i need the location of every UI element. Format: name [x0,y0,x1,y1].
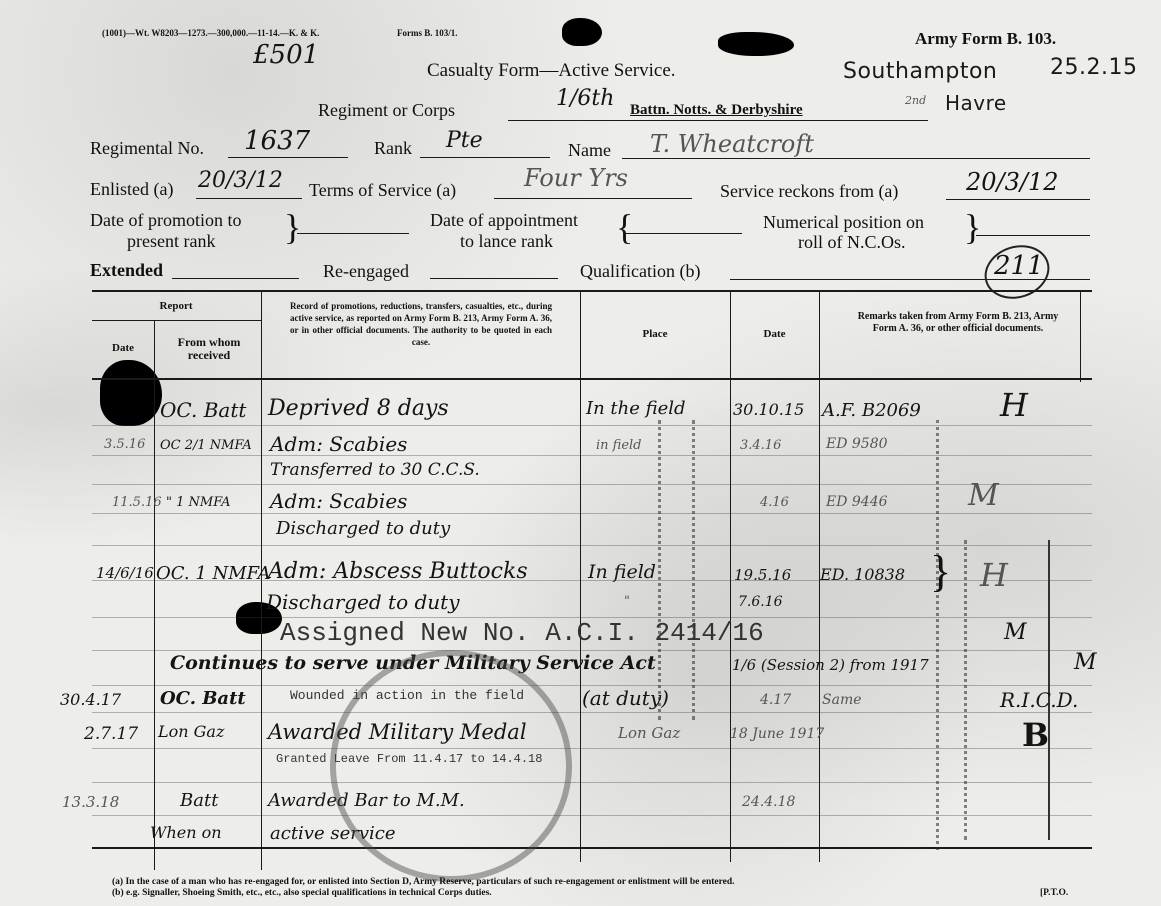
row-date2: 1/6 (Session 2) from 1917 [732,656,929,674]
row-rule [92,782,1092,783]
enlisted-label: Enlisted (a) [90,179,173,200]
document-page: (1001)—Wt. W8203—1273.—300,000.—11-14.—K… [0,0,1161,906]
footnote-b: (b) e.g. Signaller, Shoeing Smith, etc.,… [112,888,492,898]
reckons-value: 20/3/12 [966,168,1059,196]
regimental-no-underline [228,157,348,158]
brace-icon: } [930,550,951,594]
regimental-no-label: Regimental No. [90,138,204,159]
faint-circular-stamp [330,650,572,882]
row-from: OC. 1 NMFA [156,563,271,584]
row-date: 11.5.16 [112,495,162,510]
row-initial: M [1004,620,1027,645]
appointment-underline [626,233,742,234]
row-from: Batt [180,790,218,811]
row-date2: 24.4.18 [742,794,795,810]
row-remarks: Same [822,692,862,708]
regiment-overwrite: 2nd [905,94,926,107]
circled-number: 211 [994,251,1044,281]
col-divider [730,292,731,862]
row-date2: 19.5.16 [734,566,791,584]
reckons-label: Service reckons from (a) [720,181,898,202]
row-from: " 1 NMFA [166,495,230,510]
army-form-label: Army Form B. 103. [915,29,1056,49]
ink-blot [718,32,794,56]
name-underline [622,158,1090,159]
row-record: Discharged to duty [276,518,450,539]
header-report: Report [92,300,260,312]
row-record-stamp: Assigned New No. A.C.I. 2414/16 [280,618,764,648]
enlisted-value: 20/3/12 [198,168,283,193]
row-date: 3.5.16 [104,437,145,452]
header-place: Place [580,328,730,340]
name-label: Name [568,140,611,161]
extended-underline [172,278,299,279]
brace-icon: } [284,209,301,245]
row-date: 2.7.17 [84,724,138,744]
regimental-no-value: 1637 [244,126,310,156]
header-from-whom: From whom received [162,336,256,362]
enlisted-underline [196,198,302,199]
name-value: T. Wheatcroft [650,130,814,158]
row-rule [92,484,1092,485]
row-place: Lon Gaz [618,724,680,742]
row-place: (at duty) [582,686,669,710]
row-initial: H [1000,386,1028,424]
numerical-label-2: roll of N.C.Os. [798,232,906,253]
rank-label: Rank [374,138,412,159]
row-place: In the field [586,398,686,419]
report-subheader-divider [92,320,262,321]
promotion-label-2: present rank [127,231,215,252]
row-rule [92,650,1092,651]
numerical-label-1: Numerical position on [763,212,924,233]
row-remarks: ED 9446 [826,494,888,510]
qualification-label: Qualification (b) [580,261,700,282]
rank-underline [420,157,550,158]
row-initial: M [968,478,999,513]
reengaged-label: Re-engaged [323,261,409,282]
appointment-label-1: Date of appointment [430,210,578,231]
regiment-stamp: Battn. Notts. & Derbyshire [630,102,803,119]
footnote-a: (a) In the case of a man who has re-enga… [112,877,735,887]
terms-value: Four Yrs [524,164,628,192]
row-from: When on [150,823,222,842]
row-record: Adm: Scabies [270,432,407,456]
row-record: Discharged to duty [266,590,460,614]
terms-underline [494,198,692,199]
row-date: 14/6/16 [96,564,154,582]
table-header-bottom-border [92,378,1092,380]
brace-icon: } [964,209,981,245]
row-from: Lon Gaz [158,722,224,741]
table-bottom-border [92,847,1092,849]
print-code: (1001)—Wt. W8203—1273.—300,000.—11-14.—K… [102,28,319,38]
row-place: in field [596,438,642,453]
row-initial: R.I.C.D. [1000,688,1078,712]
stamp-date: 25.2.15 [1050,55,1137,80]
row-date2: 4.16 [760,495,789,510]
row-from: OC. Batt [160,398,246,422]
promotion-label-1: Date of promotion to [90,210,241,231]
rank-value: Pte [446,128,483,153]
ink-blot [562,18,602,46]
forms-reference: Forms B. 103/1. [397,28,458,38]
row-date2: 30.10.15 [733,400,804,419]
row-date2: 3.4.16 [740,438,781,453]
col-divider [580,292,581,862]
row-date: 30.4.17 [60,690,121,709]
row-record: Adm: Abscess Buttocks [268,559,528,584]
row-date: 13.3.18 [62,793,119,811]
appointment-label-2: to lance rank [460,231,553,252]
header-date-2: Date [730,328,819,340]
table-top-border [92,290,1092,292]
row-record: Deprived 8 days [268,396,449,421]
stamp-havre: Havre [945,91,1007,115]
regiment-hand: 1/6th [556,86,614,111]
row-rule [92,712,1092,713]
row-record: Transferred to 30 C.C.S. [270,460,480,480]
handwritten-number: £501 [253,40,319,70]
stamp-southampton: Southampton [843,59,997,84]
terms-label: Terms of Service (a) [309,180,456,201]
reckons-underline [946,199,1090,200]
row-initial: M [1074,650,1097,675]
promotion-underline [297,233,409,234]
row-record: Adm: Scabies [270,489,407,513]
row-remarks: ED. 10838 [820,565,905,584]
col-divider [154,320,155,870]
row-remarks: ED 9580 [826,436,888,452]
row-date2: 7.6.16 [738,594,783,610]
col-divider [1080,292,1081,382]
stain [692,420,695,720]
header-record: Record of promotions, reductions, transf… [290,300,552,348]
stain [658,420,661,720]
row-date2: 4.17 [760,692,791,708]
row-from: OC. Batt [160,688,246,709]
regiment-underline [508,120,928,121]
extended-label: Extended [90,260,163,281]
row-rule [92,815,1092,816]
stain [964,540,967,840]
row-place: " [624,594,630,609]
row-rule [92,425,1092,426]
row-rule [92,748,1092,749]
ink-blot [100,360,162,426]
numerical-underline [976,235,1090,236]
row-remarks: A.F. B2069 [822,400,921,421]
row-date2: 18 June 1917 [730,726,824,742]
pto-label: [P.T.O. [1040,888,1068,898]
regiment-label: Regiment or Corps [318,100,455,121]
row-initial: B [1022,716,1049,754]
brace-icon: { [616,209,633,245]
row-place: In field [588,561,656,583]
row-rule [92,545,1092,546]
row-rule [92,513,1092,514]
row-from: OC 2/1 NMFA [160,438,252,453]
row-rule [92,455,1092,456]
header-remarks: Remarks taken from Army Form B. 213, Arm… [845,311,1071,335]
reengaged-underline [430,278,558,279]
form-title: Casualty Form—Active Service. [427,60,676,82]
row-initial: H [980,556,1008,594]
header-date: Date [92,342,154,354]
